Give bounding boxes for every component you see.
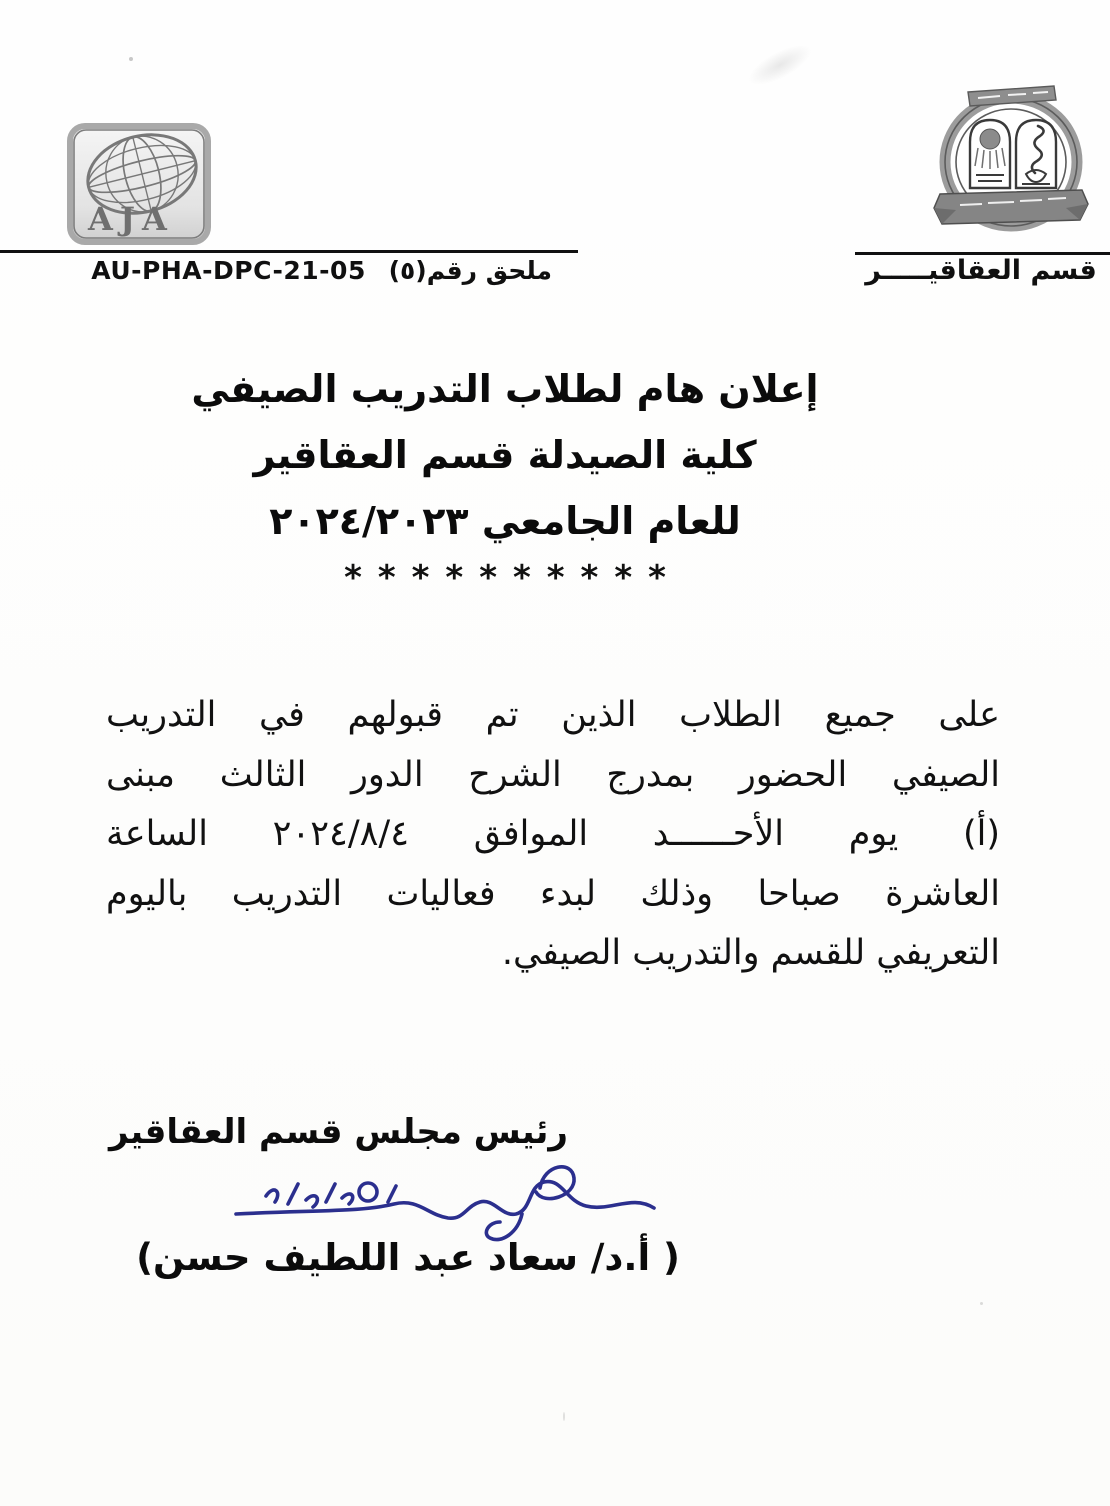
annex-label: ملحق رقم(٥) xyxy=(389,256,552,285)
document-code: AU-PHA-DPC-21-05 xyxy=(91,256,366,285)
stars-divider: ********** xyxy=(150,554,860,602)
department-title: قسم العقاقيـــــر xyxy=(856,255,1106,286)
body-paragraph: على جميع الطلاب الذين تم قبولهم في التدر… xyxy=(106,686,1000,984)
scan-smudge xyxy=(743,37,817,93)
title-line-3: للعام الجامعي ٢٠٢٤/٢٠٢٣ xyxy=(150,488,860,554)
announcement-title-block: إعلان هام لطلاب التدريب الصيفي كلية الصي… xyxy=(150,356,860,602)
scan-speck xyxy=(129,57,133,61)
body-line: الصيفي الحضور بمدرج الشرح الدور الثالث م… xyxy=(106,746,1000,806)
scan-speck xyxy=(563,1412,565,1421)
body-line: التعريفي للقسم والتدريب الصيفي. xyxy=(106,924,1000,984)
signature-title: رئيس مجلس قسم العقاقير xyxy=(168,1112,568,1152)
aja-logo-text: AJA xyxy=(87,200,174,238)
scan-speck xyxy=(980,1302,983,1305)
title-line-2: كلية الصيدلة قسم العقاقير xyxy=(150,422,860,488)
document-code-line: ملحق رقم(٥) AU-PHA-DPC-21-05 xyxy=(60,256,552,285)
university-emblem xyxy=(930,82,1092,248)
header-rule-left xyxy=(0,250,578,253)
scanned-document-page: AJA ملحق رقم(٥) AU-PHA-DPC-21-05 xyxy=(0,0,1110,1506)
signee-name: ( أ.د/ سعاد عبد اللطيف حسن) xyxy=(132,1236,684,1279)
university-emblem-icon xyxy=(930,82,1092,248)
aja-accreditation-logo: AJA xyxy=(66,122,212,246)
body-line: العاشرة صباحا وذلك لبدء فعاليات التدريب … xyxy=(106,865,1000,925)
aja-globe-icon: AJA xyxy=(66,122,212,246)
title-line-1: إعلان هام لطلاب التدريب الصيفي xyxy=(150,356,860,422)
body-line: على جميع الطلاب الذين تم قبولهم في التدر… xyxy=(106,686,1000,746)
body-line: (أ) يوم الأحــــــد الموافق ٢٠٢٤/٨/٤ الس… xyxy=(106,805,1000,865)
